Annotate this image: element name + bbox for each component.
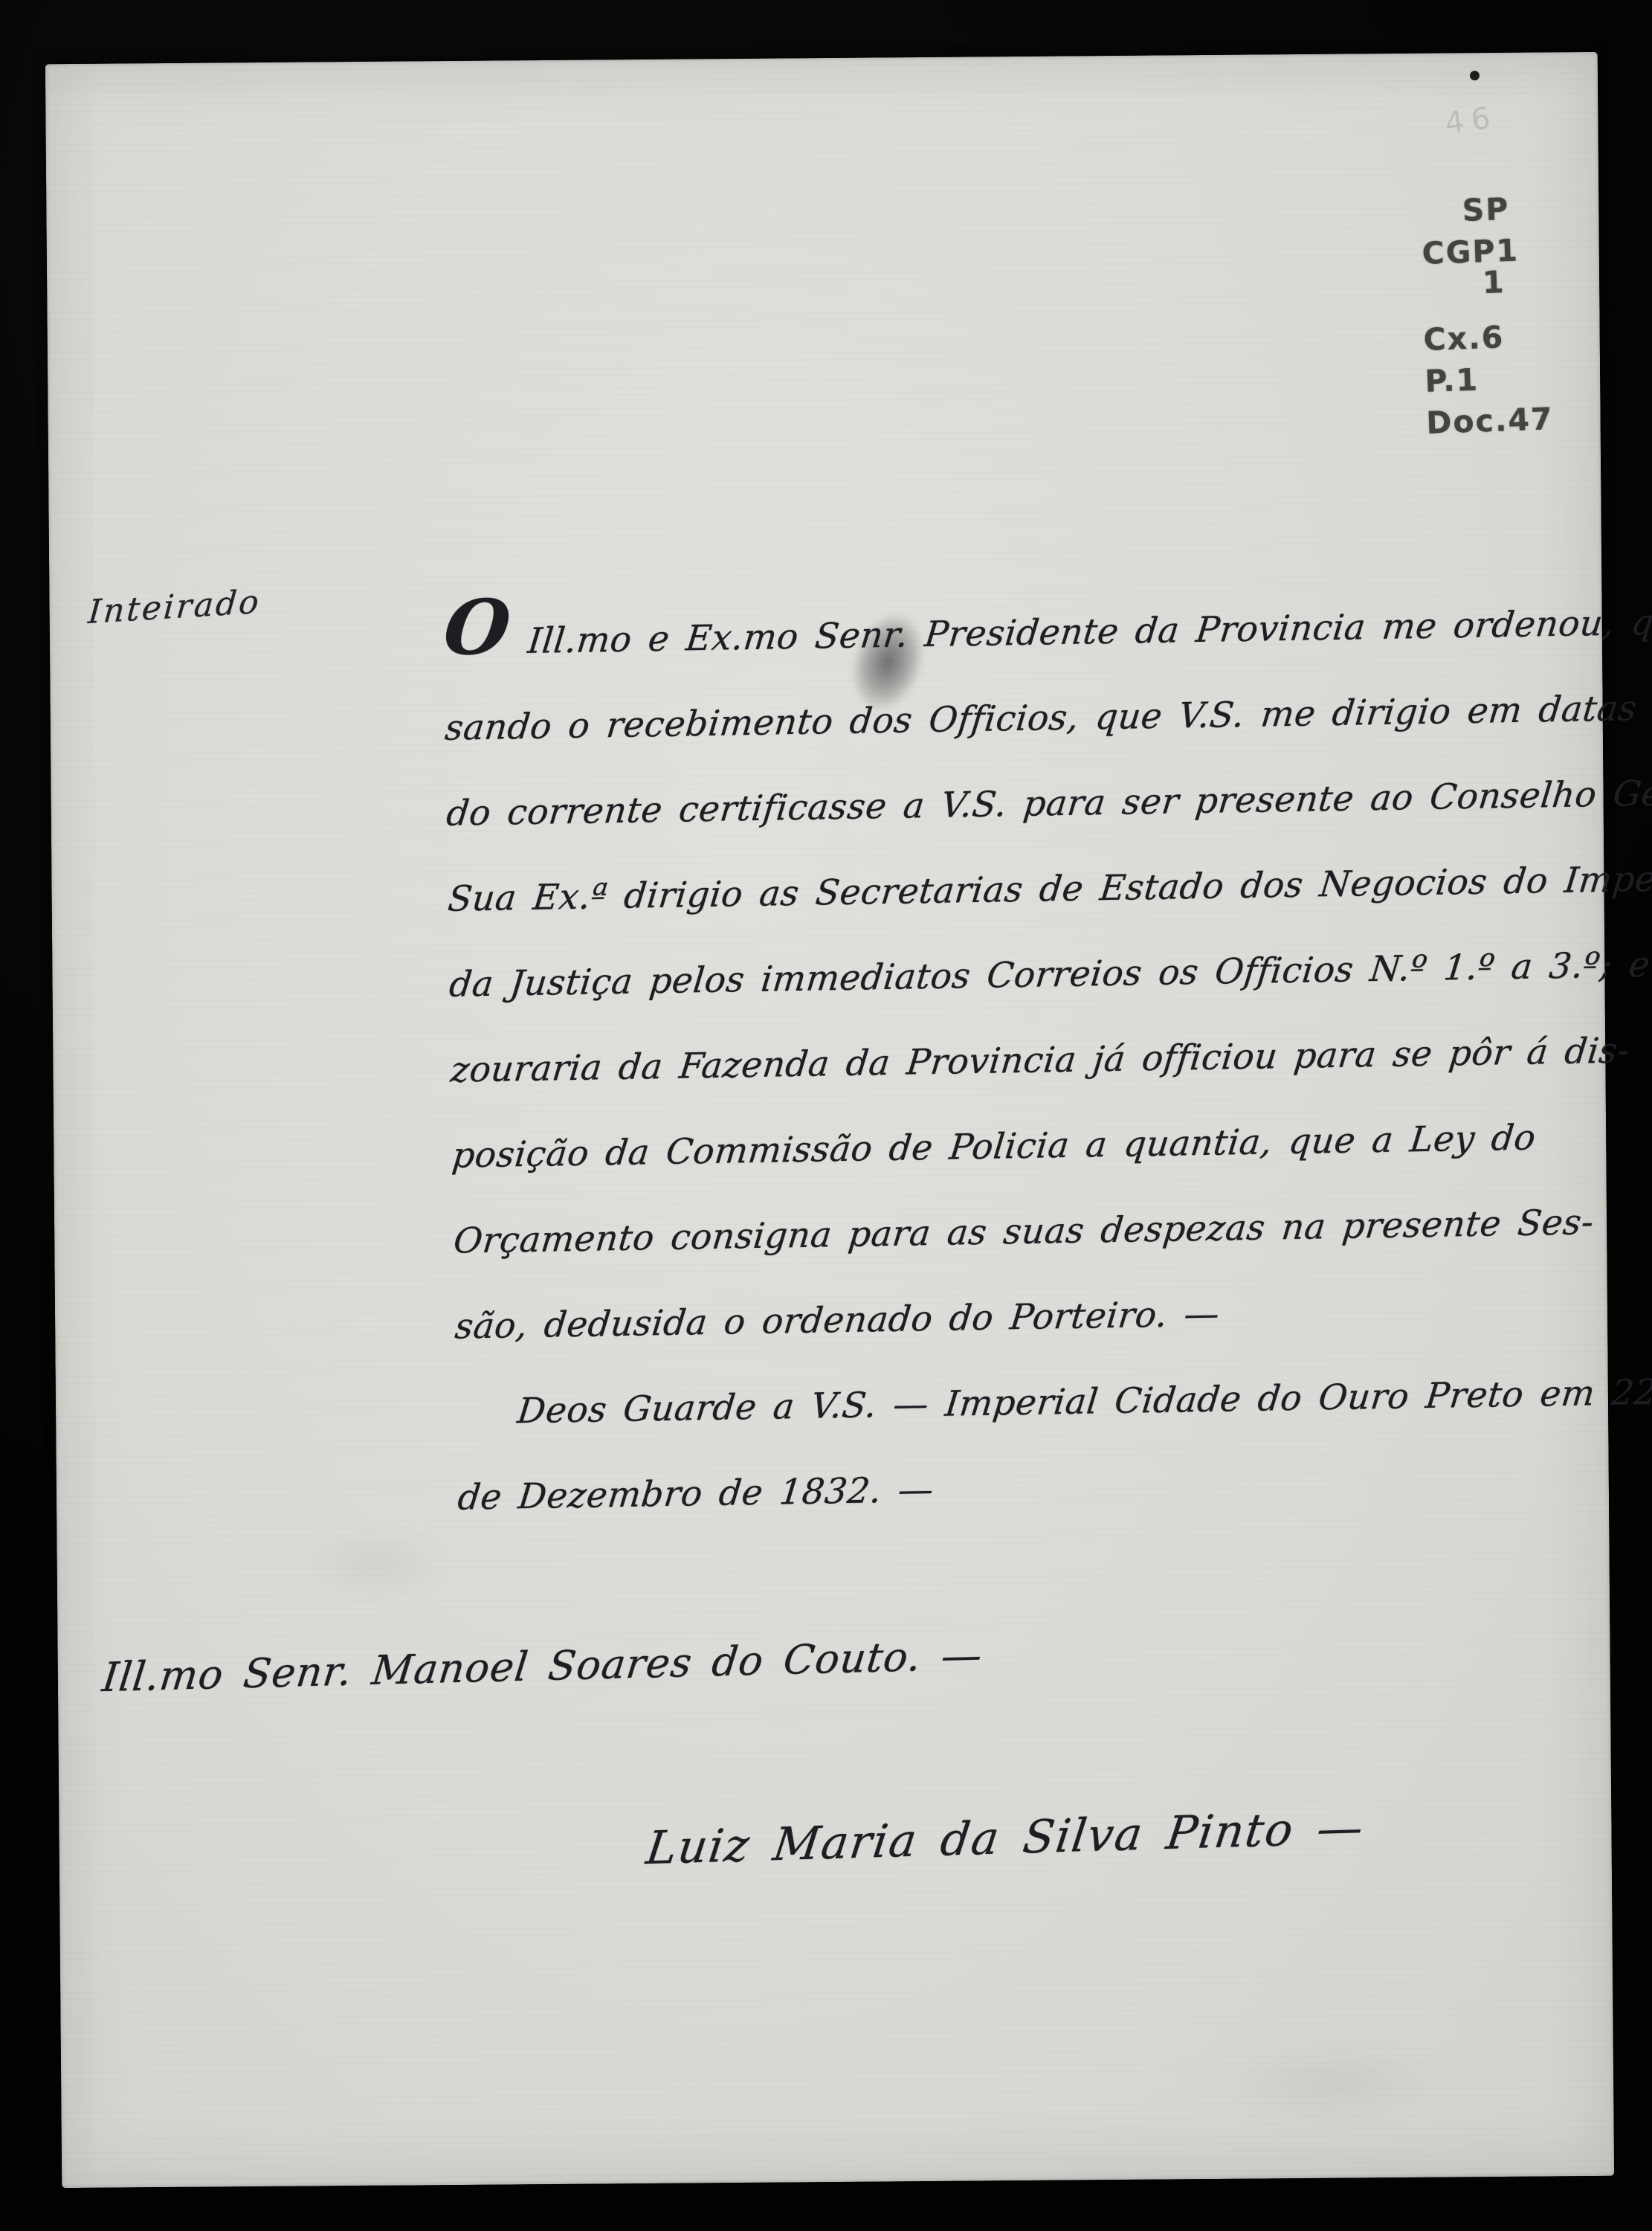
paper-stain <box>1176 2024 1489 2145</box>
document-paper: 46 SP CGP1 1 Cx.6 P.1 Doc.47 Inteirado O… <box>45 52 1614 2188</box>
letter-body: O Ill.mo e Ex.mo Senr. Presidente da Pro… <box>443 566 1596 1540</box>
archival-note: SP CGP1 1 Cx.6 P.1 Doc.47 <box>1419 187 1555 444</box>
body-line: de Dezembro de 1832. — <box>454 1436 1600 1541</box>
paper-stain <box>280 1511 474 1617</box>
corner-hole <box>1470 71 1480 80</box>
faint-page-number: 46 <box>1443 100 1500 141</box>
scan-background: 46 SP CGP1 1 Cx.6 P.1 Doc.47 Inteirado O… <box>0 0 1652 2231</box>
archival-note-line: P.1 <box>1424 356 1553 402</box>
margin-note: Inteirado <box>87 583 262 631</box>
archival-note-line: Cx.6 <box>1423 315 1552 361</box>
body-line: O Ill.mo e Ex.mo Senr. Presidente da Pro… <box>439 566 1587 686</box>
addressee-line: Ill.mo Senr. Manoel Soares do Couto. — <box>100 1632 985 1701</box>
signature-line: Luiz Maria da Silva Pinto — <box>643 1801 1367 1875</box>
archival-note-line: Doc.47 <box>1425 398 1554 444</box>
archival-note-line: SP <box>1462 187 1547 231</box>
